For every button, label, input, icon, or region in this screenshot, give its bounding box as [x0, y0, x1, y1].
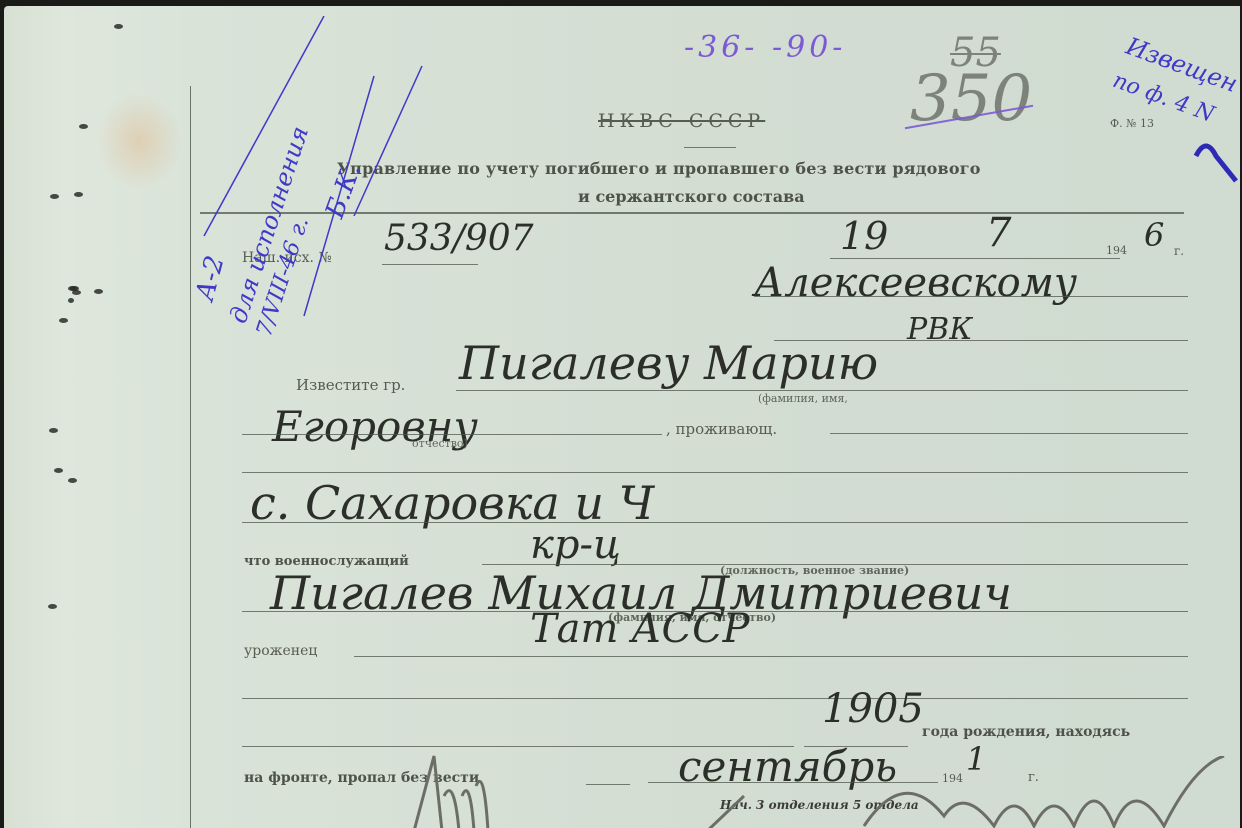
date-year-suffix[interactable]: 6 — [1144, 216, 1164, 254]
form-number: Ф. № 13 — [1110, 117, 1154, 130]
birth-year-label: года рождения, находясь — [922, 724, 1130, 740]
residing-label: , проживающ. — [666, 420, 777, 438]
notify-label: Известите гр. — [296, 376, 405, 394]
hint-name: (фамилия, имя, — [758, 392, 848, 405]
notify-name[interactable]: Пигалеву Марию — [459, 336, 878, 390]
date-month[interactable]: 7 — [986, 210, 1011, 256]
top-numbers: -36- -90- — [684, 30, 846, 65]
recipient-line1[interactable]: Алексеевскому — [754, 260, 1077, 306]
date-year-unit: г. — [1174, 244, 1184, 258]
soldier-rank[interactable]: кр-ц — [530, 522, 621, 568]
notify-patronymic-rule — [242, 434, 662, 435]
date-day[interactable]: 19 — [840, 214, 888, 258]
address-top-rule — [242, 472, 1188, 473]
address-rule — [242, 522, 1188, 523]
birthplace-rule — [354, 656, 1188, 657]
residing-rule — [830, 433, 1188, 434]
header-underline — [684, 147, 736, 148]
margin-arrow-lines-icon — [194, 16, 434, 356]
recipient-line2[interactable]: РВК — [907, 312, 972, 347]
signature-right-icon — [704, 756, 1242, 828]
recipient-line1-rule — [754, 296, 1188, 297]
department-title-line2: и сержантского состава — [578, 187, 805, 206]
right-margin-mark-icon — [1186, 126, 1242, 186]
birthplace-label: уроженец — [244, 643, 317, 659]
date-year-prefix: 194 — [1106, 244, 1127, 257]
hint-patronymic: отчество) — [412, 437, 468, 450]
missing-day-rule — [586, 784, 630, 785]
birth-year[interactable]: 1905 — [822, 686, 924, 732]
margin-rule — [190, 86, 191, 828]
notify-name-rule — [456, 390, 1188, 391]
date-line — [830, 258, 1120, 259]
birthplace-rule-2 — [242, 698, 1188, 699]
scanned-document-page: НКВС СССР Ф. № 13 Управление по учету по… — [4, 6, 1240, 828]
birthplace-value[interactable]: Тат АССР — [530, 606, 750, 652]
signature-left-icon — [404, 736, 494, 828]
ministry-header: НКВС СССР — [598, 110, 765, 132]
